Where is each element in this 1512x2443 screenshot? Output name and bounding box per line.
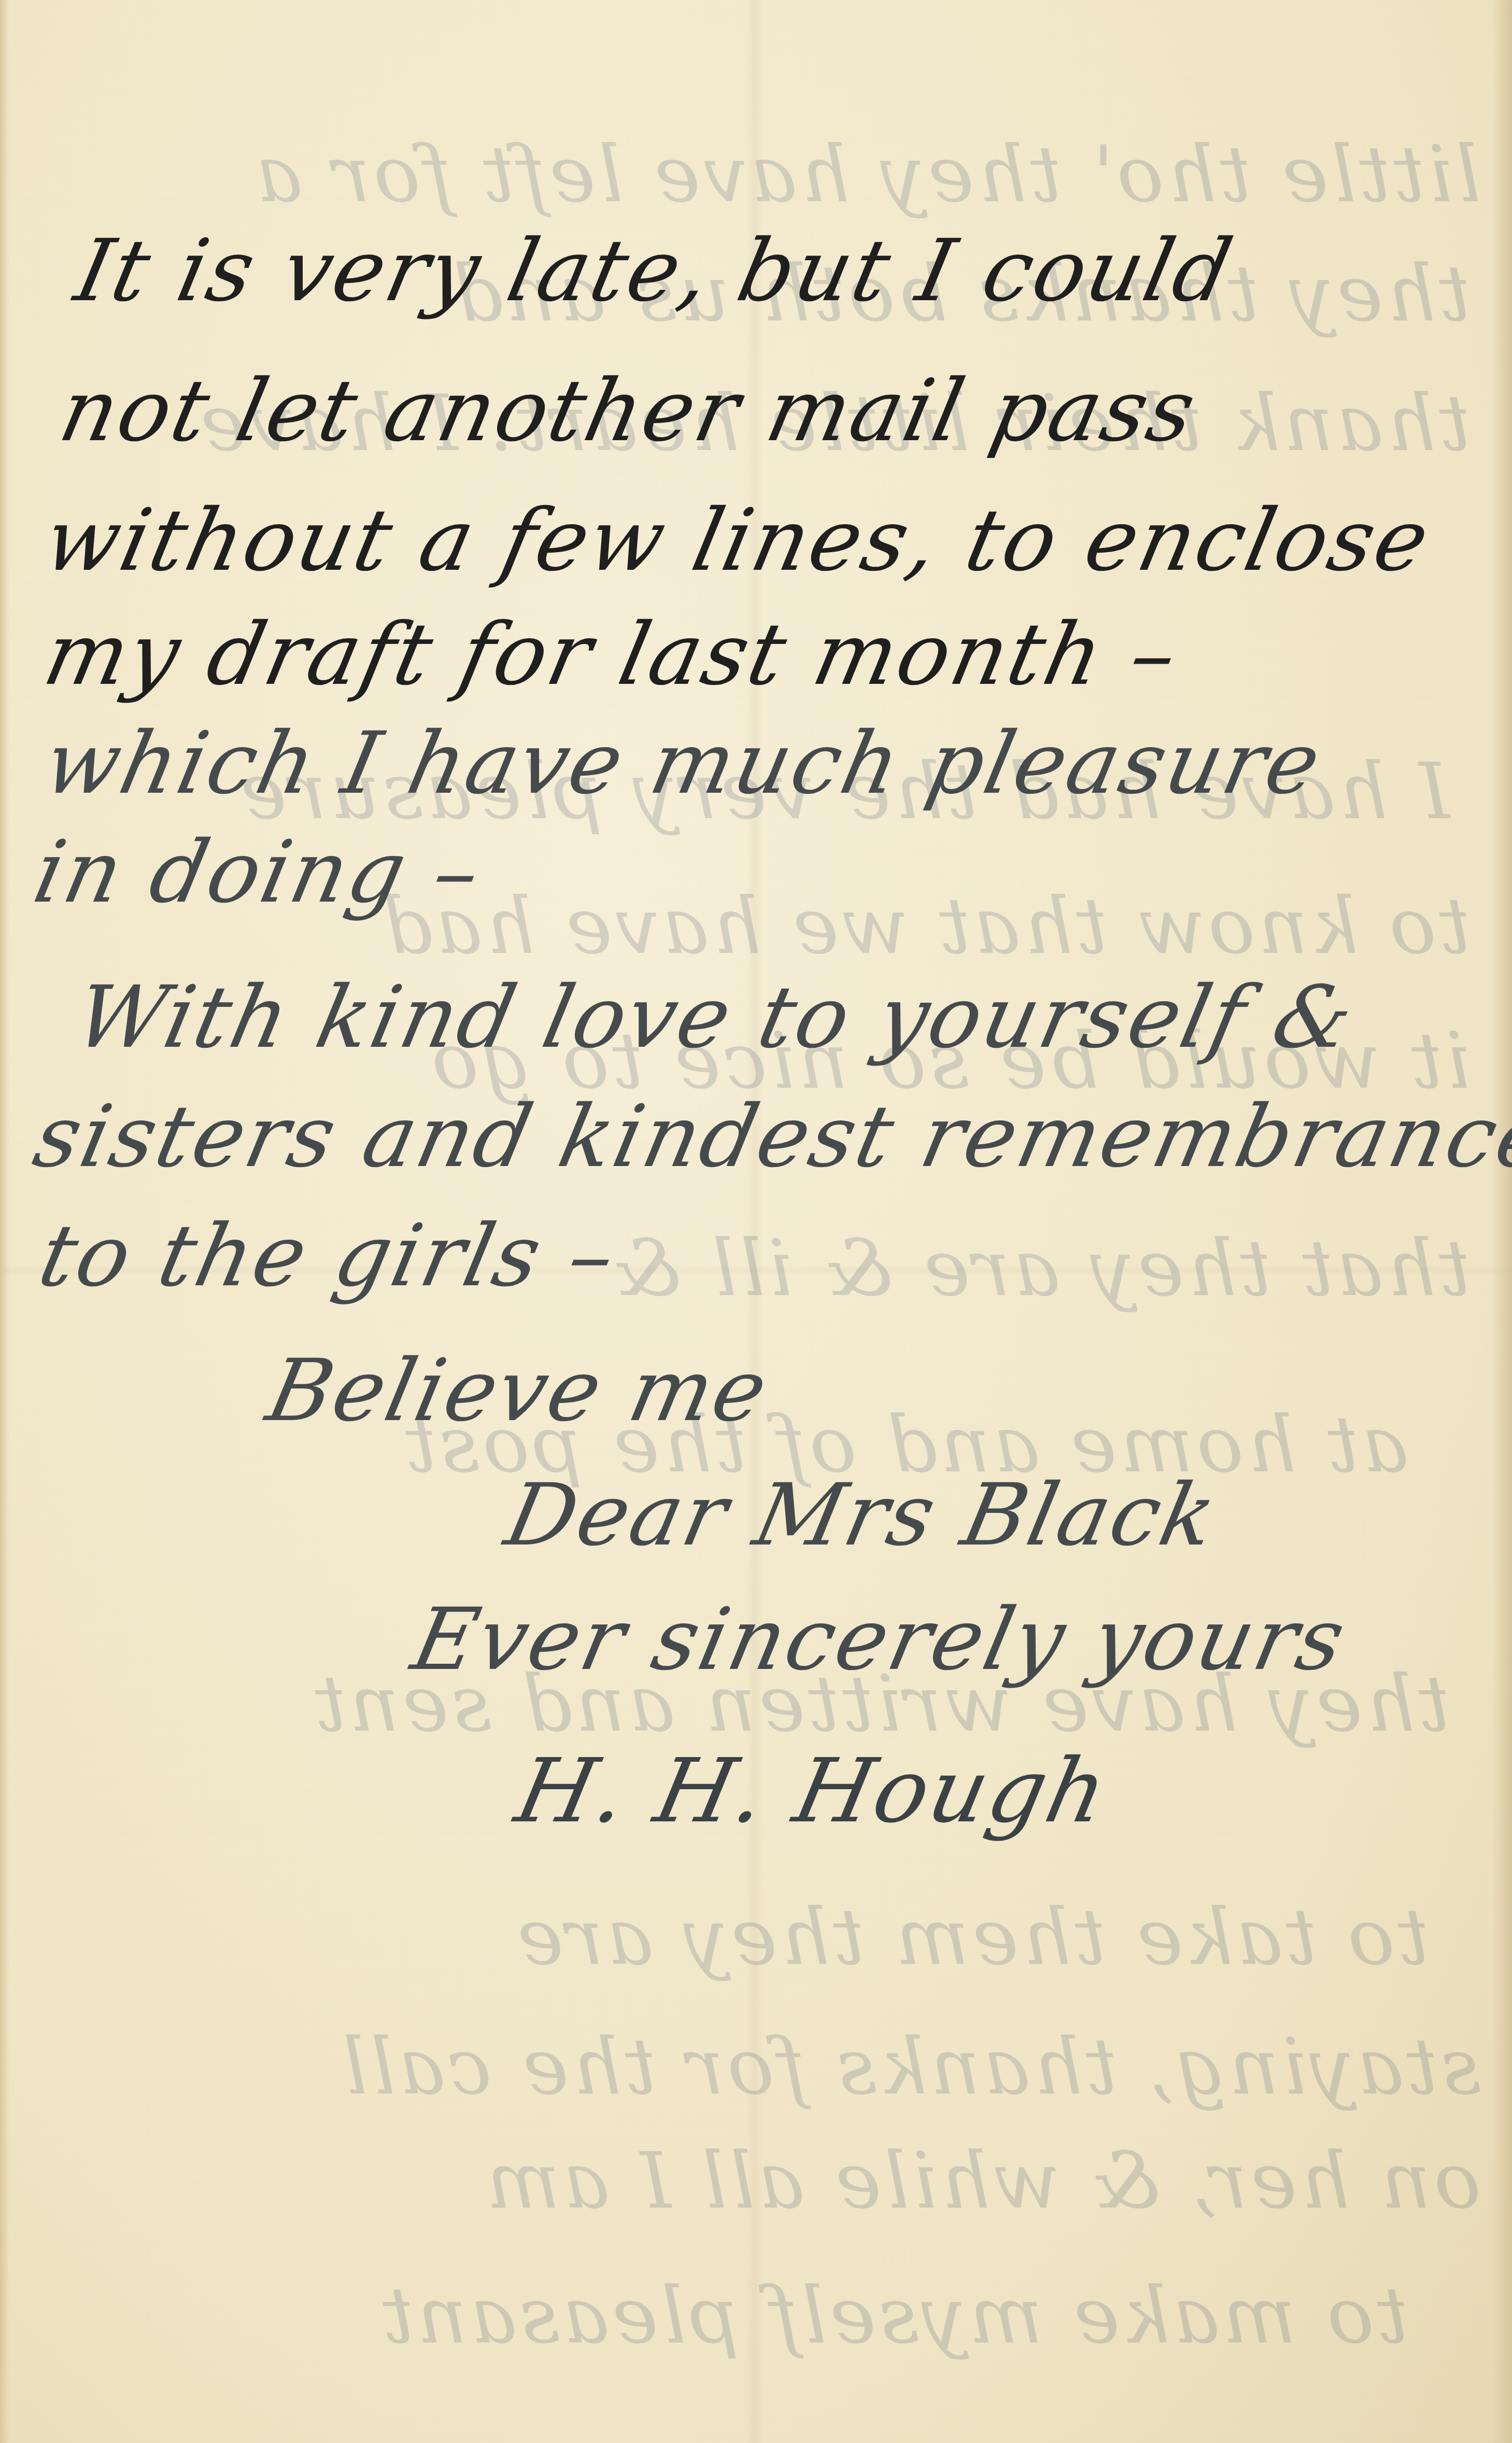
letter-line: With kind love to yourself & [68,975,1362,1060]
signature: H. H. Hough [509,1747,1116,1835]
paper-edge-left [0,0,9,2443]
bleed-line: on her, & while all I am [483,2136,1481,2226]
bleed-line: that they are & ill & [609,1224,1471,1314]
salutation: Dear Mrs Black [499,1472,1224,1558]
letter-line: to the girls – [32,1213,624,1299]
letter-page: little tho' they have left for a they th… [0,0,1512,2443]
bleed-line: to know that we have had [379,881,1471,972]
letter-line: which I have much pleasure [37,721,1329,806]
letter-line: not let another mail pass [53,368,1204,454]
complimentary-close: Ever sincerely yours [405,1597,1353,1682]
bleed-line: staying, thanks for the call [340,2022,1481,2112]
valediction: Believe me [260,1348,776,1434]
letter-line: in doing – [27,830,489,915]
paper-edge-right [1491,0,1512,2443]
letter-line: without a few lines, to enclose [37,498,1437,583]
bleed-line: to make myself pleasant [379,2271,1408,2361]
bleed-line: to take them they are [514,1892,1429,1983]
letter-line: sisters and kindest remembrance [27,1094,1512,1180]
bleed-line: little tho' they have left for a [253,130,1481,220]
letter-line: my draft for last month – [37,612,1186,697]
letter-line: It is very late, but I could [68,228,1240,314]
